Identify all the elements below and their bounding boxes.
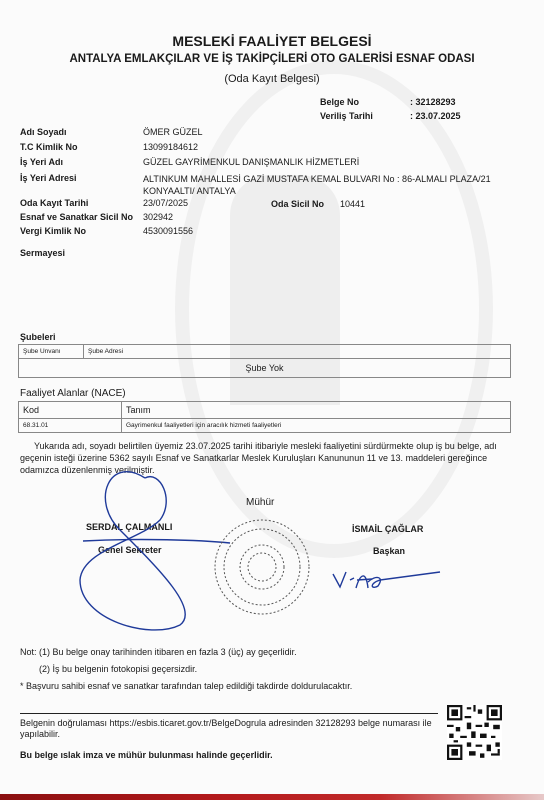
footer-divider (20, 713, 438, 714)
validity-text: Bu belge ıslak imza ve mühür bulunması h… (20, 750, 273, 760)
signatures-and-seal (0, 0, 544, 800)
bottom-edge (0, 794, 544, 800)
official-seal-icon (215, 520, 309, 614)
document-page: MESLEKİ FAALİYET BELGESİ ANTALYA EMLAKÇI… (0, 0, 544, 795)
note-3: * Başvuru sahibi esnaf ve sanatkar taraf… (20, 681, 352, 691)
note-2: (2) İş bu belgenin fotokopisi geçersizdi… (39, 664, 197, 674)
note-1: Not: (1) Bu belge onay tarihinden itibar… (20, 647, 297, 657)
qr-code-icon (447, 705, 502, 760)
left-signature-icon (80, 472, 230, 630)
verification-text: Belgenin doğrulaması https://esbis.ticar… (20, 718, 440, 740)
right-signature-icon (333, 572, 440, 588)
